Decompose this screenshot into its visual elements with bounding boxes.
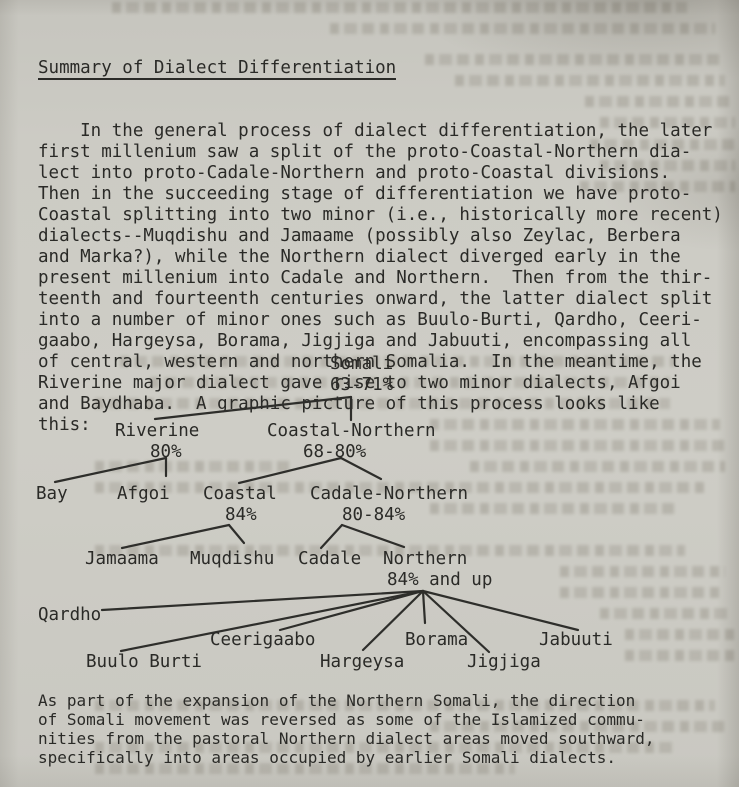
tree-node-cadale: Cadale — [298, 550, 361, 568]
tree-node-afgoi: Afgoi — [117, 485, 170, 503]
tree-node-ceerigaabo: Ceerigaabo — [210, 631, 315, 649]
tree-node-somali-similarity: 63-71% — [330, 376, 393, 394]
tree-branch-line — [423, 591, 578, 630]
tree-node-riverine-similarity: 80% — [150, 443, 182, 461]
tree-branch-line — [280, 591, 423, 630]
tree-node-northern-similarity: 84% and up — [387, 571, 492, 589]
tree-node-cadale-northern-similarity: 80-84% — [342, 506, 405, 524]
tree-node-coastal-northern-similarity: 68-80% — [303, 443, 366, 461]
tree-node-coastal: Coastal — [203, 485, 277, 503]
scanned-page: Summary of Dialect Differentiation In th… — [0, 0, 739, 787]
tree-node-borama: Borama — [405, 631, 468, 649]
tree-node-coastal-similarity: 84% — [225, 506, 257, 524]
dialect-tree-diagram: Somali 63-71% Riverine 80% Coastal-North… — [0, 0, 739, 787]
tree-node-jamaama: Jamaama — [85, 550, 159, 568]
tree-node-bay: Bay — [36, 485, 68, 503]
tree-node-muqdishu: Muqdishu — [190, 550, 274, 568]
tree-node-riverine: Riverine — [115, 422, 199, 440]
tree-node-somali: Somali — [330, 355, 393, 373]
tree-node-cadale-northern: Cadale-Northern — [310, 485, 468, 503]
tree-node-buulo-burti: Buulo Burti — [86, 653, 202, 671]
tree-branch-line — [423, 591, 425, 623]
tree-node-coastal-northern: Coastal-Northern — [267, 422, 436, 440]
tree-branch-line — [342, 525, 404, 547]
tree-branch-line — [122, 525, 229, 548]
tree-node-jabuuti: Jabuuti — [539, 631, 613, 649]
tree-branch-line — [155, 397, 351, 419]
tree-node-northern: Northern — [383, 550, 467, 568]
tree-branch-line — [229, 525, 244, 543]
tree-node-hargeysa: Hargeysa — [320, 653, 404, 671]
tree-branch-line — [321, 525, 342, 548]
tree-node-jigjiga: Jigjiga — [467, 653, 541, 671]
paragraph-northern-expansion: As part of the expansion of the Northern… — [38, 691, 655, 767]
tree-node-qardho: Qardho — [38, 606, 101, 624]
